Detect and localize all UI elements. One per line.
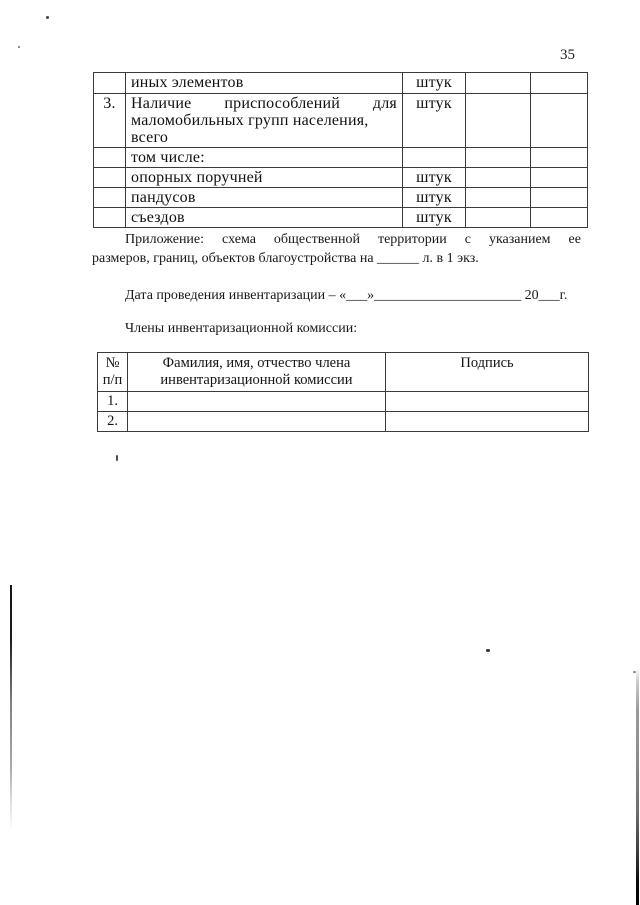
indicator-name-cell: опорных поручней <box>126 168 403 188</box>
value-cell-empty <box>466 94 531 148</box>
unit-cell: штук <box>403 208 466 228</box>
signature-cell-empty <box>386 412 589 432</box>
value-cell-empty <box>466 148 531 168</box>
value-cell-empty <box>531 188 588 208</box>
table-row: пандусов штук <box>94 188 588 208</box>
value-cell-empty <box>531 168 588 188</box>
value-cell-empty <box>531 94 588 148</box>
value-cell-empty <box>466 73 531 94</box>
indicator-name-cell: иных элементов <box>126 73 403 94</box>
table-row: иных элементов штук <box>94 73 588 94</box>
table-row: том числе: <box>94 148 588 168</box>
member-name-cell-empty <box>128 392 386 412</box>
table-header-row: № п/п Фамилия, имя, отчество члена инвен… <box>98 353 589 392</box>
member-name-cell-empty <box>128 412 386 432</box>
scan-artifact-line-right <box>636 668 639 905</box>
row-number-cell: 3. <box>94 94 126 148</box>
inventory-table: иных элементов штук 3. Наличие приспособ… <box>93 72 588 228</box>
value-cell-empty <box>466 188 531 208</box>
commission-table: № п/п Фамилия, имя, отчество члена инвен… <box>97 352 589 432</box>
scan-speck <box>18 46 20 48</box>
row-number-cell <box>94 148 126 168</box>
header-number: № п/п <box>98 353 128 392</box>
header-signature: Подпись <box>386 353 589 392</box>
signature-cell-empty <box>386 392 589 412</box>
scan-speck <box>633 671 636 673</box>
indicator-name-cell: том числе: <box>126 148 403 168</box>
table-row: съездов штук <box>94 208 588 228</box>
unit-cell: штук <box>403 168 466 188</box>
value-cell-empty <box>531 208 588 228</box>
row-number-cell <box>94 188 126 208</box>
row-number-cell <box>94 208 126 228</box>
value-cell-empty <box>531 148 588 168</box>
unit-cell: штук <box>403 94 466 148</box>
indicator-name-cell: Наличие приспособлений для маломобильных… <box>126 94 403 148</box>
row-number-cell <box>94 73 126 94</box>
appendix-line: размеров, границ, объектов благоустройст… <box>92 250 581 269</box>
document-page: 35 иных элементов штук 3. Наличие приспо… <box>0 0 640 905</box>
value-cell-empty <box>531 73 588 94</box>
appendix-paragraph: Приложение: схема общественной территори… <box>92 231 581 268</box>
indicator-name-line: маломобильных групп населения, <box>131 112 397 129</box>
scan-artifact-line-left <box>10 585 12 832</box>
unit-cell: штук <box>403 188 466 208</box>
commission-members-label: Члены инвентаризационной комиссии: <box>125 321 357 337</box>
row-number-cell: 1. <box>98 392 128 412</box>
table-row: 1. <box>98 392 589 412</box>
header-member-name: Фамилия, имя, отчество члена инвентариза… <box>128 353 386 392</box>
appendix-line: Приложение: схема общественной территори… <box>92 231 581 250</box>
scan-speck <box>46 16 49 19</box>
unit-cell: штук <box>403 73 466 94</box>
page-number: 35 <box>560 47 575 64</box>
value-cell-empty <box>466 208 531 228</box>
scan-speck <box>116 455 118 461</box>
table-row: 2. <box>98 412 589 432</box>
row-number-cell: 2. <box>98 412 128 432</box>
indicator-name-line: всего <box>131 129 397 146</box>
indicator-name-cell: съездов <box>126 208 403 228</box>
table-row: 3. Наличие приспособлений для маломобиль… <box>94 94 588 148</box>
inventory-date-line: Дата проведения инвентаризации – «___»__… <box>92 288 581 304</box>
table-row: опорных поручней штук <box>94 168 588 188</box>
unit-cell <box>403 148 466 168</box>
row-number-cell <box>94 168 126 188</box>
value-cell-empty <box>466 168 531 188</box>
indicator-name-cell: пандусов <box>126 188 403 208</box>
scan-speck <box>486 649 490 652</box>
indicator-name-line: Наличие приспособлений для <box>131 95 397 112</box>
